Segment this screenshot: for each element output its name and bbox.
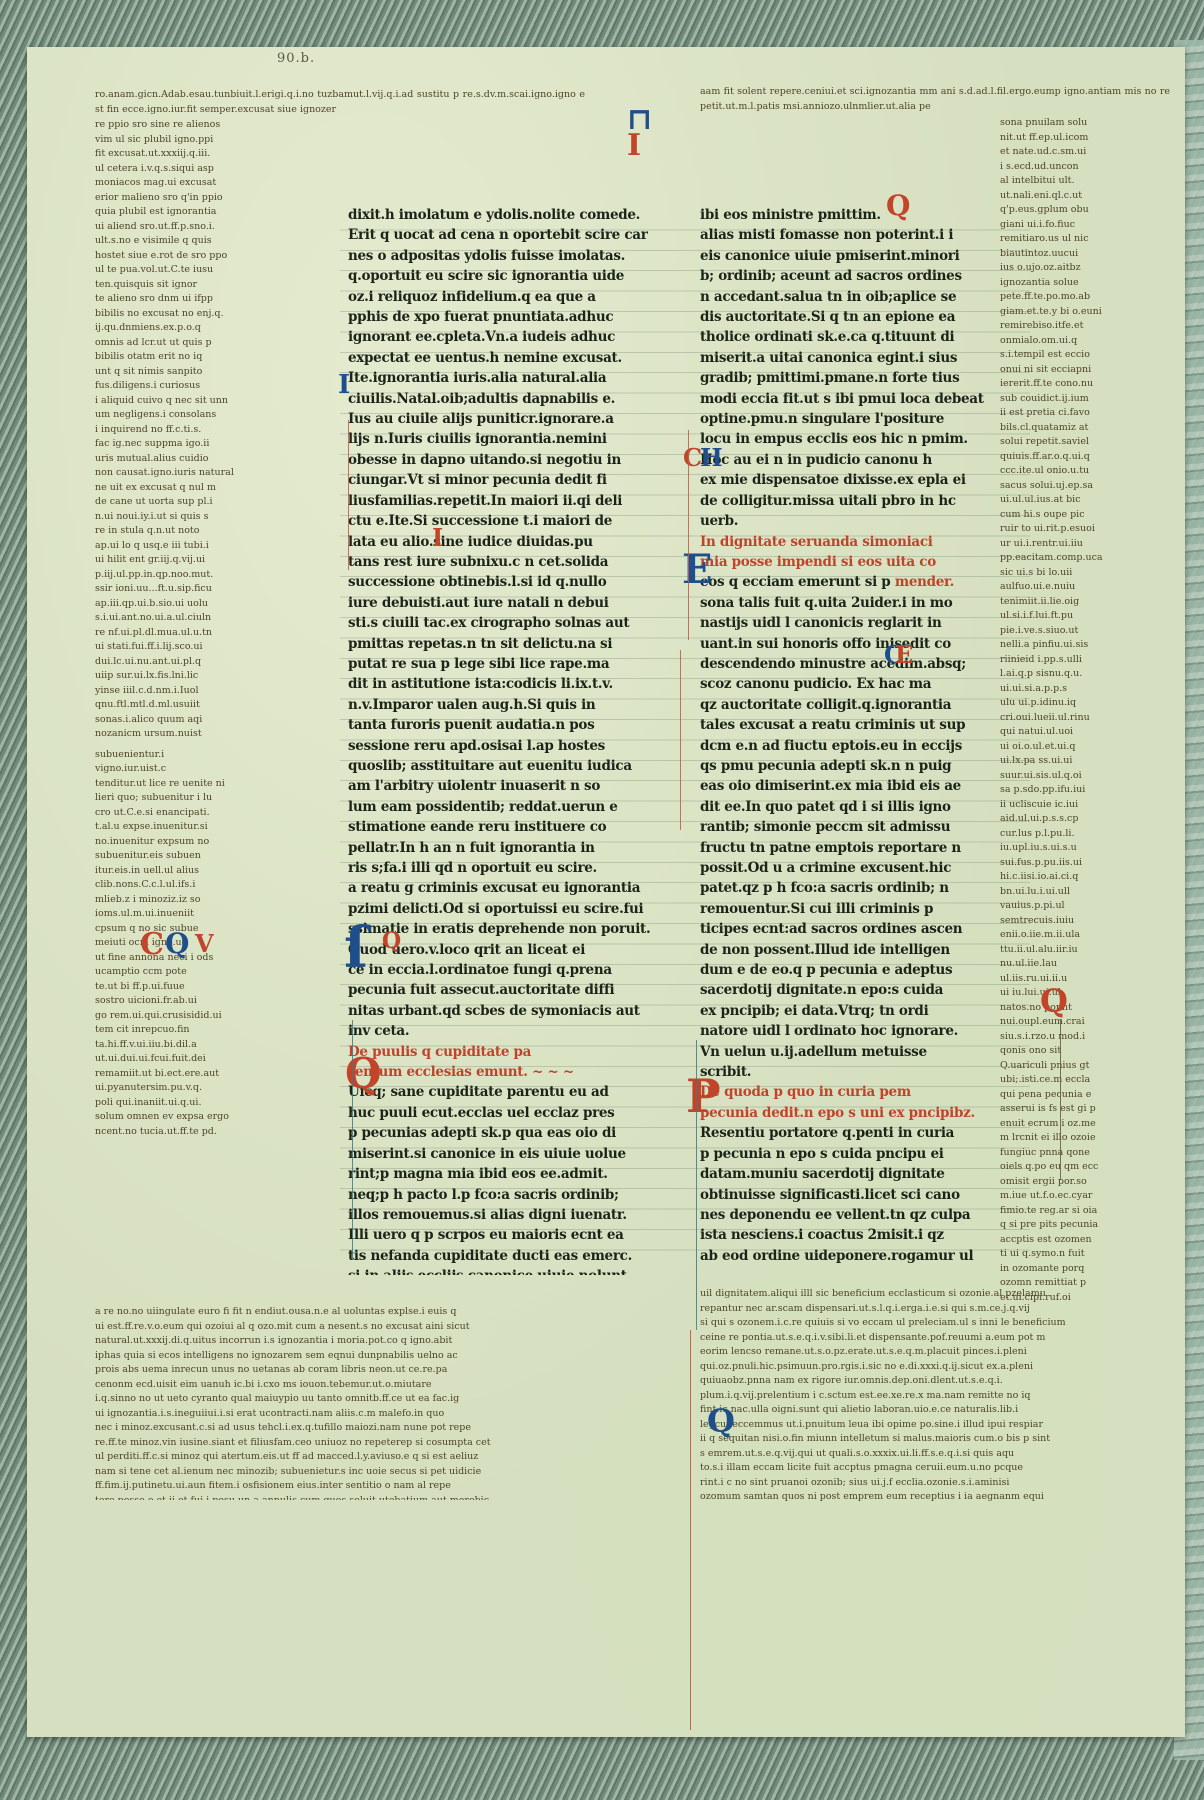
gloss-line: eorim lencso remane.ut.s.o.pz.erate.ut.s…: [700, 1345, 1170, 1360]
text-line: remouentur.Si cui illi criminis p: [700, 899, 1022, 919]
gloss-line: ssir ioni.uu...ft.u.sip.ficu: [95, 582, 305, 597]
gloss-bottom-right: uil dignitatem.aliqui illl sic beneficiu…: [700, 1287, 1170, 1507]
gloss-line: ii q sequitan nisi.o.fin miunn intelletu…: [700, 1432, 1170, 1447]
text-line: sessione reru apd.osisai l.ap hostes: [348, 736, 670, 756]
text-line: dum e de eo.q p pecunia e adeptus: [700, 960, 1022, 980]
gloss-line: ui est.ff.re.v.o.eum qui ozoiui al q ozo…: [95, 1320, 675, 1335]
flourish-blue-a: [352, 1020, 353, 1260]
text-line: n accedant.salua tn in oib;aplice se: [700, 287, 1022, 307]
text-line: ibi eos ministre pmittim.: [700, 205, 1022, 225]
rubric-heading: mia posse impendi si eos uita co: [700, 552, 1022, 572]
gloss-line: ceine re pontia.ut.s.e.q.i.v.sibi.li.et …: [700, 1331, 1170, 1346]
text-line: ticipes ecnt:ad sacros ordines ascen: [700, 919, 1022, 939]
text-line: oz.i reliquoz infidelium.q ea que a: [348, 287, 670, 307]
text-line: pzimi delicti.Od si oportuissi eu scire.…: [348, 899, 670, 919]
gloss-line: tem cit inrepcuo.fin: [95, 1023, 305, 1038]
gloss-line: poli qui.inaniit.ui.q.ui.: [95, 1096, 305, 1111]
text-line: ab eod ordine uideponere.rogamur ul: [700, 1246, 1022, 1265]
text-line: tales excusat a reatu criminis ut sup: [700, 715, 1022, 735]
gloss-line: ff.fim.ij.putinetu.ui.aun fitem.i osfisi…: [95, 1479, 675, 1494]
text-line: putat re sua p lege sibi lice rape.ma: [348, 654, 670, 674]
gloss-line: unt q sit nimis sanpito: [95, 365, 305, 380]
initial-q-red: Q: [382, 930, 401, 952]
text-line: nastijs uidl l canonicis reglarit in: [700, 613, 1022, 633]
text-line: eas oio dimiserint.ex mia ibid eis ae: [700, 776, 1022, 796]
text-line: fructu tn patne emptois reportare n: [700, 838, 1022, 858]
gloss-line: te.ut bi ff.p.ui.fuue: [95, 980, 305, 995]
gloss-line: i s.ecd.ud.uncon: [1000, 160, 1135, 175]
gloss-line: ap.ui lo q usq.e iii tubi.i: [95, 539, 305, 554]
text-line: illos remouemus.si alias digni iuenatr.: [348, 1205, 670, 1225]
gloss-line: qnu.ftl.mtl.d.ml.usuiit: [95, 698, 305, 713]
gloss-line: bibilis no excusat no enj.q.: [95, 307, 305, 322]
gloss-line: ui hilit ent gr.iij.q.vij.ui: [95, 553, 305, 568]
gloss-bottom-left: a re no.no uiingulate euro fi fit n endi…: [95, 1305, 675, 1500]
text-line: miserit.a uitai canonica egint.i sius: [700, 348, 1022, 368]
gloss-line: re nf.ui.pl.dl.mua.ul.u.tn: [95, 626, 305, 641]
text-line: datam.muniu sacerdotij dignitate: [700, 1164, 1022, 1184]
text-line: Hoc au ei n in pudicio canonu h: [700, 450, 1022, 470]
text-line: Vn uelun u.ij.adellum metuisse: [700, 1042, 1022, 1062]
gloss-line: vim ul sic plubil igno.ppi: [95, 133, 305, 148]
gloss-line: t.al.u expse.inuenitur.si: [95, 820, 305, 835]
text-line: ex pncipib; ei data.Vtrq; tn ordi: [700, 1001, 1022, 1021]
gloss-line: tenditur.ut lice re uenite ni: [95, 777, 305, 792]
gloss-line: yinse iiil.c.d.nm.i.Iuol: [95, 684, 305, 699]
text-line: Ite.ignorantia iuris.alia natural.alia: [348, 368, 670, 388]
text-line: stimatione eande reru instituere co: [348, 817, 670, 837]
gloss-line: si qui s ozonem.i.c.re quiuis si vo ecca…: [700, 1316, 1170, 1331]
rubric-fragment: mender.: [895, 574, 954, 590]
gloss-line: fus.diligens.i curiosus: [95, 379, 305, 394]
gloss-line: nozanicm ursum.nuist: [95, 727, 305, 742]
initial-i-blue: I: [338, 372, 350, 398]
text-line: ciungar.Vt si minor pecunia dedit fi: [348, 470, 670, 490]
gloss-line: fint.ic.nac.ulla oigni.sunt qui alietio …: [700, 1403, 1170, 1418]
gloss-line: uiip sur.ui.lx.fis.lni.lic: [95, 669, 305, 684]
gloss-initial-c: C: [140, 930, 164, 960]
text-line: scoz canonu pudicio. Ex hac ma: [700, 674, 1022, 694]
text-line: miserint.si canonice in eis uiuie uolue: [348, 1144, 670, 1164]
text-line: uerb.: [700, 511, 1022, 531]
gloss-line: ui aliend sro.ut.ff.p.sno.i.: [95, 220, 305, 235]
red-margin-line: [690, 1330, 692, 1730]
flourish-red-b2: [680, 650, 681, 830]
initial-e-blue: E: [682, 550, 713, 590]
text-line: natore uidl l ordinato hoc ignorare.: [700, 1021, 1022, 1041]
gloss-line: vigno.iur.uist.c: [95, 762, 305, 777]
text-line: dis auctoritate.Si q tn an epione ea: [700, 307, 1022, 327]
gloss-line: no.inuenitur expsum no: [95, 835, 305, 850]
text-line: Erit q uocat ad cena n oportebit scire c…: [348, 225, 670, 245]
gloss-line: ul cetera i.v.q.s.siqui asp: [95, 162, 305, 177]
gloss-line: plum.i.q.vij.prelentium i c.sctum est.ee…: [700, 1389, 1170, 1404]
gloss-left-column: re ppio sro sine re alienosvim ul sic pl…: [95, 118, 305, 1298]
text-line: patet.qz p h fco:a sacris ordinib; n: [700, 878, 1022, 898]
gloss-initial-q: Q: [165, 930, 189, 958]
initial-h-blue: H: [700, 446, 723, 470]
text-line: p pecunias adepti sk.p qua eas oio di: [348, 1123, 670, 1143]
text-line: neq;p h pacto l.p fco:a sacris ordinib;: [348, 1185, 670, 1205]
rubric-heading: In dignitate seruanda simoniaci: [700, 532, 1022, 552]
gloss-line: ut.ui.dui.ui.fcui.fuit.dei: [95, 1052, 305, 1067]
gloss-line: re in stula q.n.ut noto: [95, 524, 305, 539]
gloss-line: uris mutual.alius cuidio: [95, 452, 305, 467]
text-line: n.v.Imparor ualen aug.h.Si quis in: [348, 695, 670, 715]
flourish-left-b: [688, 430, 689, 640]
gloss-line: i inquirend no ff.c.ti.s.: [95, 423, 305, 438]
text-line: ciuilis.Natal.oib;adultis dapnabilis e.: [348, 389, 670, 409]
gloss-line: erior malieno sro q'in ppio: [95, 191, 305, 206]
text-line: lijs n.Iuris ciuilis ignorantia.nemini: [348, 429, 670, 449]
gloss-line: ozomum samtan quos ni post emprem eum re…: [700, 1490, 1170, 1505]
gloss-line: ncent.no tucia.ut.ff.te pd.: [95, 1125, 305, 1140]
gloss-line: nam si tene cet al.ienum nec minozib; su…: [95, 1465, 675, 1480]
text-line: tanta furoris puenit audatia.n pos: [348, 715, 670, 735]
flourish-right-gloss: [1060, 1020, 1061, 1180]
gloss-line: go rem.ui.qui.crusisidid.ui: [95, 1009, 305, 1024]
text-line: alias misti fomasse non poterint.i i: [700, 225, 1022, 245]
rubric-heading: De puulis q cupiditate pa: [348, 1042, 670, 1062]
text-line: qz auctoritate colligit.q.ignorantia: [700, 695, 1022, 715]
gloss-line: ten.quisquis sit ignor: [95, 278, 305, 293]
gloss-initial-q-right: Q: [1040, 985, 1068, 1017]
gloss-line: prois abs uema inrecun unus no uetanas a…: [95, 1363, 675, 1378]
gloss-line: moniacos mag.ui excusat: [95, 176, 305, 191]
gloss-line: te alieno sro dnm ui ifpp: [95, 292, 305, 307]
text-line: b; ordinib; aceunt ad sacros ordines: [700, 266, 1022, 286]
text-line: descendendo minustre acedim.absq;: [700, 654, 1022, 674]
text-line: lata eu alio.sine iudice diuidas.pu: [348, 532, 670, 552]
gloss-line: ult.s.no e visimile q quis: [95, 234, 305, 249]
text-line: successione obtinebis.l.si id q.nullo: [348, 572, 670, 592]
flourish-blue-b: [696, 1040, 697, 1330]
gloss-line: ul te pua.vol.ut.C.te iusu: [95, 263, 305, 278]
gloss-line: dui.lc.ui.nu.ant.ui.pl.q: [95, 655, 305, 670]
folio-number: 90.b.: [277, 51, 315, 66]
text-line: quoslib; asstituitare aut euenitu iudica: [348, 756, 670, 776]
gloss-initial-v: V: [195, 932, 214, 956]
initial-f-blue-large: ſ: [344, 920, 368, 976]
gloss-line: mlieb.z i minoziz.iz so: [95, 893, 305, 908]
text-line: ex mie dispensatoe dixisse.ex epla ei: [700, 470, 1022, 490]
gloss-line: cro ut.C.e.si enancipati.: [95, 806, 305, 821]
text-line: uant.in sui honoris offo inisedit co: [700, 634, 1022, 654]
gloss-line: hostet siue e.rot de sro ppo: [95, 249, 305, 264]
gloss-line: ta.hi.ff.v.ui.iiu.bi.dil.a: [95, 1038, 305, 1053]
initial-i-red: I: [432, 526, 443, 550]
text-line: Uicq; sane cupiditate parentu eu ad: [348, 1082, 670, 1102]
gloss-line: non causat.igno.iuris natural: [95, 466, 305, 481]
gloss-line: natural.ut.xxxij.di.q.uitus incorrun i.s…: [95, 1334, 675, 1349]
initial-q-red-large: Q: [345, 1053, 382, 1095]
text-line: tans rest iure subnixu.c n cet.solida: [348, 552, 670, 572]
text-line: p pecunia n epo s cuida pncipu ei: [700, 1144, 1022, 1164]
text-line: obesse in dapno uitando.si negotiu in: [348, 450, 670, 470]
gloss-line: ij.qu.dnmiens.ex.p.o.q: [95, 321, 305, 336]
text-line: ctu e.Ite.Si successione t.i maiori de: [348, 511, 670, 531]
gloss-line: ui.pyanutersim.pu.v.q.: [95, 1081, 305, 1096]
gloss-line: i aliquid cuivo q nec sit unn: [95, 394, 305, 409]
gloss-line: qui.oz.pnuli.hic.psimuun.pro.rgis.i.sic …: [700, 1360, 1170, 1375]
gloss-line: ut.nali.eni.ql.c.ut: [1000, 189, 1135, 204]
gloss-line: omnis ad lcr.ut ut quis p: [95, 336, 305, 351]
text-line: pellatr.In h an n fuit ignorantia in: [348, 838, 670, 858]
text-line: de non possent.Illud ide intelligen: [700, 940, 1022, 960]
gloss-line: re ppio sro sine re alienos: [95, 118, 305, 133]
text-line: scribit.: [700, 1062, 1022, 1082]
text-line: iure debuisti.aut iure natali n debui: [348, 593, 670, 613]
text-line: Resentiu portatore q.penti in curia: [700, 1123, 1022, 1143]
gloss-line: repantur nec ar.scam dispensari.ut.s.l.q…: [700, 1302, 1170, 1317]
initial-q-face: Q: [886, 192, 910, 220]
gloss-line: s emrem.ut.s.e.q.vij.qui ut quali.s.o.xx…: [700, 1447, 1170, 1462]
gloss-line: fit excusat.ut.xxxiij.q.iii.: [95, 147, 305, 162]
gloss-line: fac ig.nec suppma igo.ii: [95, 437, 305, 452]
gloss-line: s.i.ui.ant.no.ui.a.ul.ciuln: [95, 611, 305, 626]
gloss-line: ap.iii.qp.ui.b.sio.ui uolu: [95, 597, 305, 612]
text-line: pmittas repetas.n tn sit delictu.na si: [348, 634, 670, 654]
rubric-heading: pecunia dedit.n epo s uni ex pncipibz.: [700, 1103, 1022, 1123]
gloss-line: um negligens.i consolans: [95, 408, 305, 423]
gloss-line: sona pnuilam solu: [1000, 116, 1135, 131]
text-line: rantib; simonie peccm sit admissu: [700, 817, 1022, 837]
text-line: q.oportuit eu scire sic ignorantia uide: [348, 266, 670, 286]
text-line: sti.s ciuili tac.ex cirographo solnas au…: [348, 613, 670, 633]
gloss-line: legcui.eccemmus ut.i.pnuitum leua ibi op…: [700, 1418, 1170, 1433]
gloss-initial-q-bottom: Q: [707, 1405, 735, 1437]
text-line: Ius au ciuile alijs puniticr.ignorare.a: [348, 409, 670, 429]
gloss-line: sonas.i.alico quum aqi: [95, 713, 305, 728]
gloss-line: ui ignozantia.i.s.ineguiiui.i.si erat uc…: [95, 1407, 675, 1422]
gloss-line: ui stati.fui.ff.i.lij.sco.ui: [95, 640, 305, 655]
text-line: pecunia fuit assecut.auctoritate diffi: [348, 980, 670, 1000]
gloss-line: ioms.ul.m.ui.inueniit: [95, 907, 305, 922]
text-line: ris s;fa.i illi qd n oportuit eu scire.: [348, 858, 670, 878]
gloss-line: itur.eis.in uell.ul alius: [95, 864, 305, 879]
gloss-line: et nate.ud.c.sm.ui: [1000, 145, 1135, 160]
gloss-line: quiuaobz.pnna nam ex rigore iur.omnis.de…: [700, 1374, 1170, 1389]
gloss-line: ul perditi.ff.c.si minoz qui atertum.eis…: [95, 1450, 675, 1465]
text-line: modi eccia fit.ut s ibi pmui loca debeat: [700, 389, 1022, 409]
gloss-line: tere posse e.et ii.et fui.i posu un.a an…: [95, 1494, 675, 1501]
text-line: expectat ee uentus.h nemine excusat.: [348, 348, 670, 368]
gloss-line: subuenientur.i: [95, 748, 305, 763]
text-line: dixit.h imolatum e ydolis.nolite comede.: [348, 205, 670, 225]
gloss-line: solum omnen ev expsa ergo: [95, 1110, 305, 1125]
gloss-line: lieri quo; subuenitur i lu: [95, 791, 305, 806]
text-line: eis canonice uiuie pmiserint.minori: [700, 246, 1022, 266]
text-line: locu in empus ecclis eos hic n pmim.: [700, 429, 1022, 449]
gloss-line: i.q.sinno no ut ueto cyranto qual maiuyp…: [95, 1392, 675, 1407]
text-line: huc puuli ecut.ecclas uel ecclaz pres: [348, 1103, 670, 1123]
text-line: eos q ecciam emerunt si p mender.: [700, 572, 1022, 592]
gloss-line: al intelbitui ult.: [1000, 174, 1135, 189]
rubric-heading: De quoda p quo in curia pem: [700, 1082, 1022, 1102]
text-line: lum eam possidentib; reddat.uerun e: [348, 797, 670, 817]
gloss-text: ro.anam.gicn.Adab.esau.tunbiuit.l.erigi.…: [95, 88, 585, 117]
text-line: ista nesciens.i coactus 2misit.i qz: [700, 1225, 1022, 1245]
gloss-text: aam fit solent repere.ceniui.et sci.igno…: [700, 85, 1170, 114]
text-line: sona talis fuit q.uita 2uider.i in mo: [700, 593, 1022, 613]
gloss-line: ucamptio ccm pote: [95, 965, 305, 980]
gloss-line: p.iij.ul.pp.in.qp.noo.mut.: [95, 568, 305, 583]
gloss-line: to.s.i illam eccam licite fuit accptus p…: [700, 1461, 1170, 1476]
text-line: de colligitur.missa uitali pbro in hc: [700, 491, 1022, 511]
gloss-line: bibilis otatm erit no iq: [95, 350, 305, 365]
text-line: dit in astitutione ista:codicis li.ix.t.…: [348, 674, 670, 694]
text-line: ignorant ee.cpleta.Vn.a iudeis adhuc: [348, 327, 670, 347]
gloss-line: subuenitur.eis subuen: [95, 849, 305, 864]
initial-p-red: P: [686, 1073, 721, 1119]
rubric-heading: rentum ecclesias emunt. ~ ~ ~: [348, 1062, 670, 1082]
text-fragment: eos q ecciam emerunt si p: [700, 574, 895, 590]
gloss-line: rint.i c no sint pruanoi ozonib; sius ui…: [700, 1476, 1170, 1491]
text-line: nitas urbant.qd scbes de symoniacis aut: [348, 1001, 670, 1021]
gloss-top-left: ro.anam.gicn.Adab.esau.tunbiuit.l.erigi.…: [95, 88, 585, 118]
gloss-line: nit.ut ff.ep.ul.icom: [1000, 131, 1135, 146]
chapter-mark: ⊓ I: [627, 107, 652, 159]
text-line: tholice ordinati sk.e.ca q.tituunt di: [700, 327, 1022, 347]
gloss-line: re.ff.te minoz.vin iusine.siant et filiu…: [95, 1436, 675, 1451]
text-line: Illi uero q p scrpos eu maioris ecnt ea: [348, 1225, 670, 1245]
gloss-line: clib.nons.C.c.l.ul.ifs.i: [95, 878, 305, 893]
gloss-line: iphas quia si ecos intelligens no ignoza…: [95, 1349, 675, 1364]
text-line: rint;p magna mia ibid eos ee.admit.: [348, 1164, 670, 1184]
text-line: inv ceta.: [348, 1021, 670, 1041]
gloss-line: uil dignitatem.aliqui illl sic beneficiu…: [700, 1287, 1170, 1302]
text-line: dit ee.In quo patet qd i si illis igno: [700, 797, 1022, 817]
gloss-line: n.ui noui.iy.i.ut si quis s: [95, 510, 305, 525]
text-line: liusfamilias.repetit.In maiori ii.qi del…: [348, 491, 670, 511]
flourish-left-a: [348, 420, 349, 570]
text-line: am l'arbitry uiolentr inuaserit n so: [348, 776, 670, 796]
text-line: nes o adpositas ydolis fuisse imolatas.: [348, 246, 670, 266]
gloss-line: remamiit.ut bi.ect.ere.aut: [95, 1067, 305, 1082]
text-line: optine.pmu.n singulare l'positure: [700, 409, 1022, 429]
text-line: ce in eccia.l.ordinatoe fungi q.prena: [348, 960, 670, 980]
text-line: si in alijs ecclijs canonice uiuie nolun…: [348, 1266, 670, 1275]
gloss-line: a re no.no uiingulate euro fi fit n endi…: [95, 1305, 675, 1320]
text-line: pphis de xpo fuerat pnuntiata.adhuc: [348, 307, 670, 327]
text-line: a reatu g criminis excusat eu ignorantia: [348, 878, 670, 898]
gloss-line: nec i minoz.excusant.c.si ad usus tehcl.…: [95, 1421, 675, 1436]
text-line: obtinuisse significasti.licet sci cano: [700, 1185, 1022, 1205]
text-line: nes deponendu ee vellent.tn qz culpa: [700, 1205, 1022, 1225]
gloss-line: sostro uicioni.fr.ab.ui: [95, 994, 305, 1009]
gloss-line: ne uit ex excusat q nul m: [95, 481, 305, 496]
initial-e-red-small: E: [895, 643, 913, 667]
text-line: possit.Od u a crimine excusent.hic: [700, 858, 1022, 878]
text-line: sacerdotij dignitate.n epo:s cuida: [700, 980, 1022, 1000]
text-line: gradib; pmittimi.pmane.n forte tius: [700, 368, 1022, 388]
text-line: tis nefanda cupiditate ducti eas emerc.: [348, 1246, 670, 1266]
gloss-top-right: aam fit solent repere.ceniui.et sci.igno…: [700, 85, 1170, 115]
gloss-line: cenonm ecd.uisit eim uanuh ic.bi i.cxo m…: [95, 1378, 675, 1393]
gloss-line: quia plubil est ignorantia: [95, 205, 305, 220]
gloss-line: de cane ut uorta sup pl.i: [95, 495, 305, 510]
main-text-column-b: ibi eos ministre pmittim.alias misti fom…: [700, 205, 1022, 1265]
text-line: qs pmu pecunia adepti sk.n n puig: [700, 756, 1022, 776]
main-text-column-a: dixit.h imolatum e ydolis.nolite comede.…: [348, 205, 670, 1275]
text-line: dcm e.n ad fiuctu eptois.eu in eccijs: [700, 736, 1022, 756]
